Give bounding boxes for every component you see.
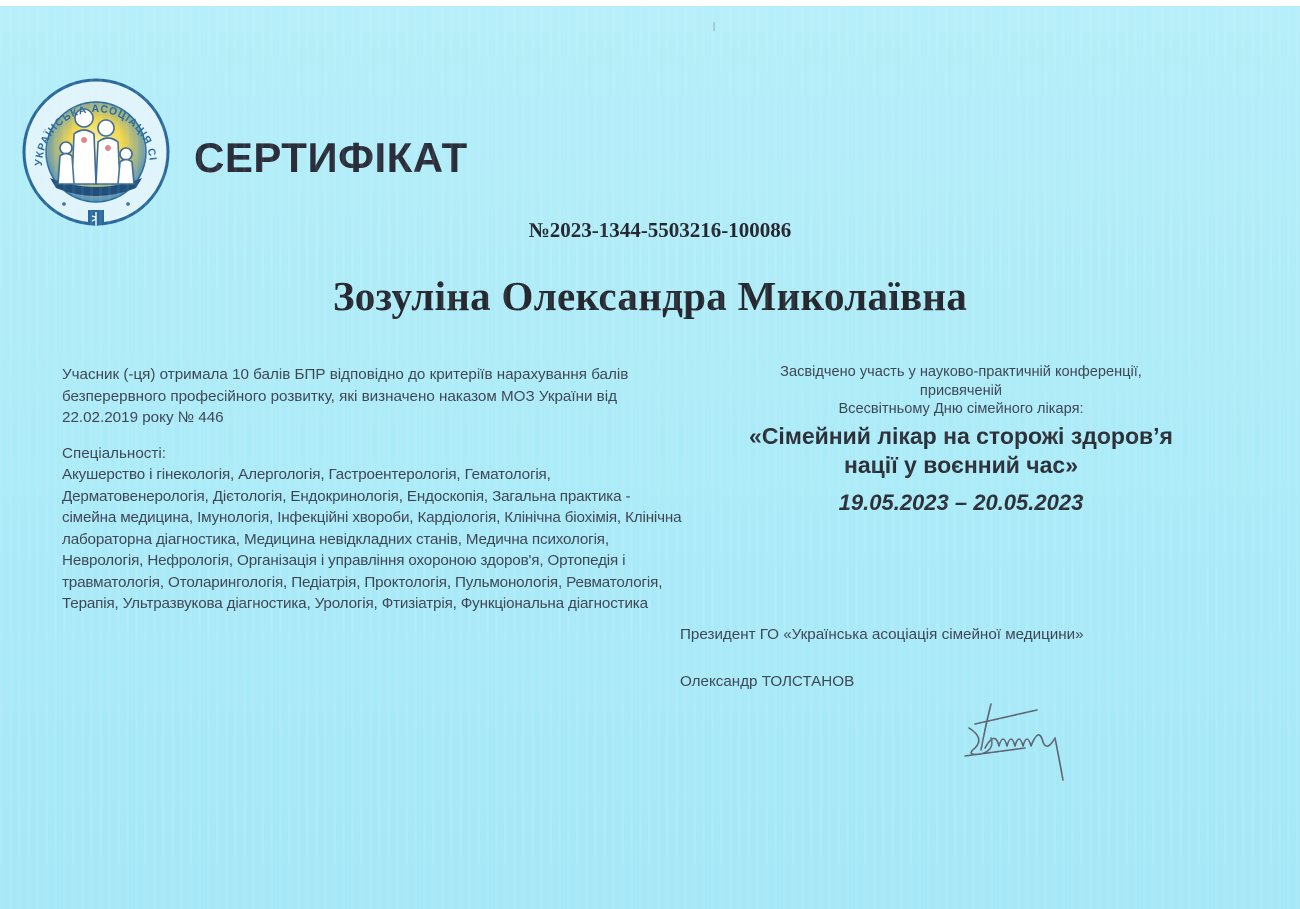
specialty-item: Функціональна діагностика [461,595,648,612]
specialty-item: Медична психологія, [466,531,609,548]
specialty-item: Урологія, [315,595,382,612]
association-logo-icon: УКРАЇНСЬКА АСОЦІАЦІЯ СІМЕЙНОЇ МЕДИЦИНИ [20,76,172,234]
signatory-position: Президент ГО «Українська асоціація сімей… [680,626,1084,643]
certificate-paper: УКРАЇНСЬКА АСОЦІАЦІЯ СІМЕЙНОЇ МЕДИЦИНИ С… [0,6,1300,909]
conference-title-line: нації у воєнний час» [844,452,1078,478]
specialty-item: Інфекційні хвороби, [277,509,417,526]
conference-intro-line: Засвідчено участь у науково-практичній к… [684,363,1238,382]
specialty-item: Педіатрія, [291,574,364,591]
credits-section: Учасник (-ця) отримала 10 балів БПР відп… [62,364,682,615]
specialty-item: Гастроентерологія, [328,466,464,483]
specialty-item: Ультразвукова діагностика, [123,595,315,612]
paper-speck [713,22,715,31]
conference-title: «Сімейний лікар на сторожі здоров’я наці… [684,422,1238,480]
specialty-item: Дерматовенерологія, [62,488,213,505]
recipient-name: Зозуліна Олександра Миколаївна [0,272,1300,320]
specialty-item: Імунологія, [197,509,277,526]
specialty-item: Медицина невідкладних станів, [244,531,466,548]
specialty-item: Фтизіатрія, [382,595,461,612]
conference-intro-line: присвяченій [684,382,1238,401]
specialties-label: Спеціальності: [62,443,682,465]
specialty-item: Терапія, [62,595,123,612]
specialty-item: Ендоскопія, [407,488,492,505]
certificate-number: №2023-1344-5503216-100086 [0,218,1300,243]
specialty-item: Проктологія, [364,574,455,591]
specialties-list: Акушерство і гінекологія, Алергологія, Г… [62,464,682,615]
specialty-item: Дієтологія, [213,488,291,505]
conference-section: Засвідчено участь у науково-практичній к… [684,363,1238,516]
conference-title-line: «Сімейний лікар на сторожі здоров’я [749,423,1173,449]
specialty-item: Кардіологія, [417,509,504,526]
specialty-item: Акушерство і гінекологія, [62,466,238,483]
specialty-item: Клінічна біохімія, [504,509,625,526]
conference-dates: 19.05.2023 – 20.05.2023 [684,490,1238,516]
specialty-item: Організація і управління охороною здоров… [237,552,547,569]
certificate-title: СЕРТИФІКАТ [194,134,468,182]
specialty-item: Пульмонологія, [455,574,566,591]
specialty-item: Алергологія, [238,466,328,483]
specialty-item: Ревматологія, [566,574,662,591]
conference-intro-line: Всесвітньому Дню сімейного лікаря: [684,400,1238,419]
specialty-item: Ендокринологія, [290,488,407,505]
specialty-item: Неврологія, [62,552,147,569]
handwritten-signature-icon [955,698,1085,788]
criteria-text: Учасник (-ця) отримала 10 балів БПР відп… [62,364,682,429]
specialty-item: Гематологія, [465,466,551,483]
specialty-item: Нефрологія, [147,552,237,569]
specialty-item: Отоларингологія, [168,574,291,591]
signatory-name: Олександр ТОЛСТАНОВ [680,673,854,690]
